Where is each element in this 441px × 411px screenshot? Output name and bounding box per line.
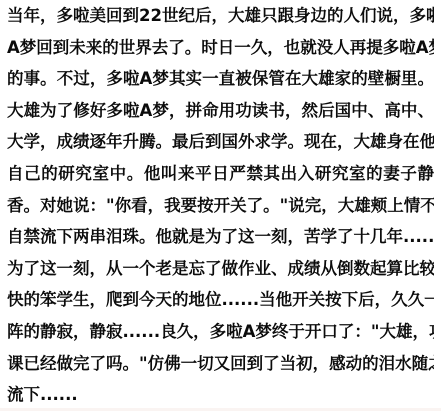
text-line: 流下...... [7, 379, 434, 411]
text-line: 大雄为了修好多啦A梦，拼命用功读书，然后国中、高中、 [7, 95, 434, 127]
document-page: 当年，多啦美回到22世纪后，大雄只跟身边的人们说，多啦 A梦回到未来的世界去了。… [0, 0, 441, 411]
text-line: 当年，多啦美回到22世纪后，大雄只跟身边的人们说，多啦 [7, 0, 434, 32]
text-line: 自己的研究室中。他叫来平日严禁其出入研究室的妻子静 [7, 158, 434, 190]
text-line: A梦回到未来的世界去了。时日一久，也就没人再提多啦A梦 [7, 32, 434, 64]
text-line: 的事。不过，多啦A梦其实一直被保管在大雄家的壁橱里。 [7, 63, 434, 95]
text-line: 香。对她说："你看，我要按开关了。"说完，大雄颊上情不 [7, 190, 434, 222]
text-line: 课已经做完了吗。"仿佛一切又回到了当初，感动的泪水随之 [7, 348, 434, 380]
text-line: 自禁流下两串泪珠。他就是为了这一刻，苦学了十几年...... [7, 221, 434, 253]
text-line: 大学，成绩逐年升腾。最后到国外求学。现在，大雄身在他 [7, 126, 434, 158]
text-line: 阵的静寂，静寂......良久，多啦A梦终于开口了："大雄，功 [7, 316, 434, 348]
text-line: 为了这一刻，从一个老是忘了做作业、成绩从倒数起算比较 [7, 253, 434, 285]
text-line: 快的笨学生，爬到今天的地位......当他开关按下后，久久一 [7, 284, 434, 316]
story-text-block: 当年，多啦美回到22世纪后，大雄只跟身边的人们说，多啦 A梦回到未来的世界去了。… [7, 0, 434, 411]
